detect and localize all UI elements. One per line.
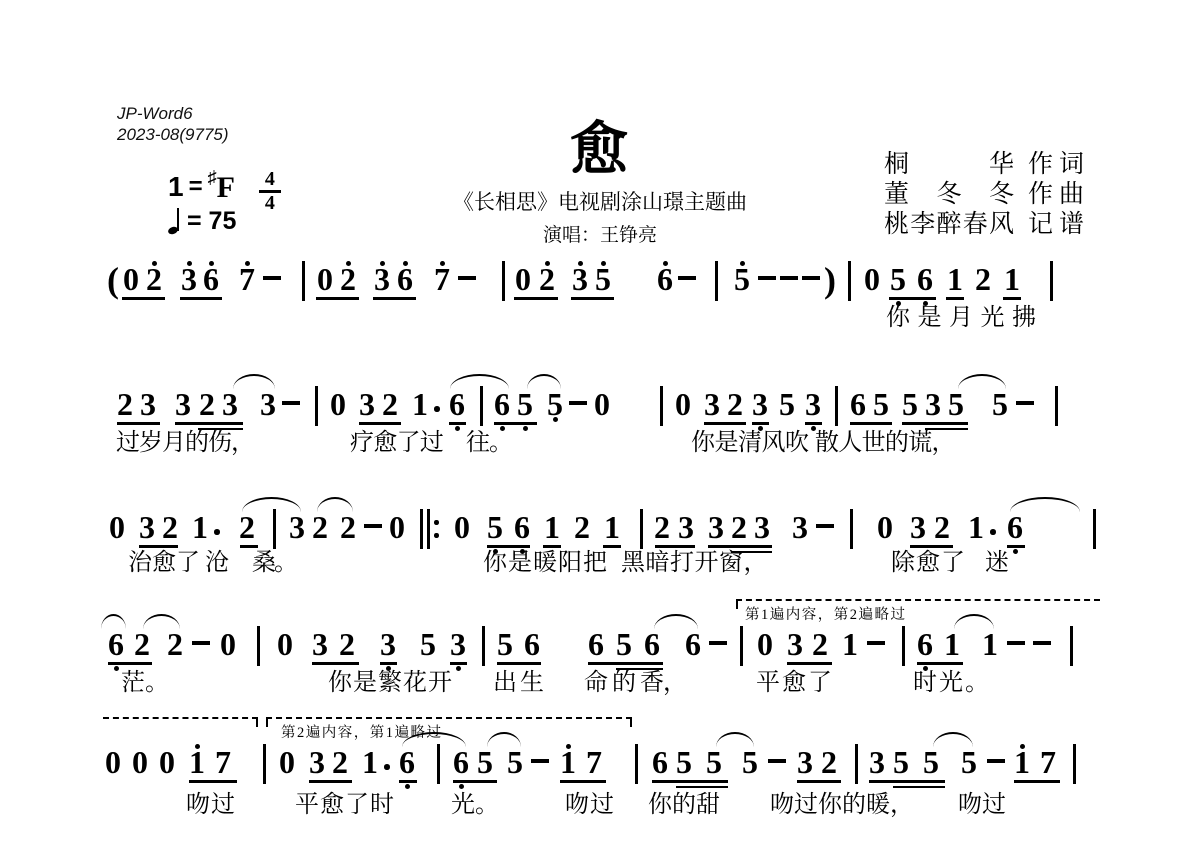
beam [399,780,417,783]
note-digit: 5 [507,746,523,778]
beam [514,297,558,300]
lyric-char: 香 [640,670,664,696]
repeat-bar [420,509,423,549]
note-digit: 5 [742,746,758,778]
beam [805,422,822,425]
note-digit: 0 [454,511,470,543]
lyric-char: 甜 [696,792,720,818]
note-digit: 1 [604,511,620,543]
beam [946,297,964,300]
lyric-char: 过 [590,792,614,818]
beam [497,662,541,665]
octave-dot-high [195,744,200,749]
barline [302,261,305,301]
beam [309,780,352,783]
octave-dot-high [663,261,668,266]
note-digit: 2 [312,511,328,543]
note-digit: 6 [397,263,413,295]
lyric-char: 吻 [565,792,589,818]
lyric-char: 是 [715,430,739,456]
dash-note [780,276,798,280]
beam [449,422,466,425]
lyric-char: 。 [145,670,169,696]
octave-dot-high [245,261,250,266]
slur-arc [450,374,509,389]
note-digit: 0 [279,746,295,778]
note-digit: 0 [330,388,346,420]
augmentation-dot [990,529,996,535]
beam [494,422,537,425]
lyric-char: 吻 [958,792,982,818]
lyric-char: 月 [162,430,186,456]
note-digit: 0 [123,263,139,295]
lyric-char: 花 [403,670,427,696]
octave-dot-high [1020,744,1025,749]
note-digit: 1 [944,628,960,660]
note-digit: 0 [877,511,893,543]
beam [850,422,892,425]
note-digit: 0 [105,746,121,778]
note-digit: 0 [159,746,175,778]
octave-dot-high [380,261,385,266]
octave-dot-high [578,261,583,266]
volta-tick [266,717,268,727]
lyric-char: 除 [891,550,915,576]
beam [450,662,467,665]
volta-label: 第1遍内容，第2遍略过 [745,603,907,624]
note-digit: 6 [657,263,673,295]
beam [787,662,832,665]
note-digit: 3 [380,628,396,660]
parenthesis: ( [107,263,119,297]
slur-arc [233,374,275,389]
repeat-dot [434,520,439,525]
note-digit: 3 [754,511,770,543]
dash-note [816,524,834,528]
note-digit: 1 [412,388,428,420]
lyric-char: 暖 [533,550,557,576]
beam [175,422,243,425]
beam [312,662,359,665]
note-digit: 1 [982,628,998,660]
octave-dot-high [209,261,214,266]
note-digit: 3 [450,628,466,660]
note-digit: 5 [497,628,513,660]
lyric-char: 。 [475,792,499,818]
octave-dot-low [553,417,558,422]
lyric-char: 开 [428,670,452,696]
lyric-char: 命 [584,670,608,696]
note-digit: 6 [588,628,604,660]
octave-dot-high [152,261,157,266]
slur-arc [527,374,561,389]
note-digit: 5 [961,746,977,778]
lyric-char: 人 [838,430,862,456]
note-digit: 2 [239,511,255,543]
lyric-char: 你 [483,550,507,576]
note-digit: 0 [594,388,610,420]
note-digit: 5 [547,388,563,420]
note-digit: 0 [389,511,405,543]
barline [273,509,276,549]
lyric-char: ， [663,670,687,696]
note-digit: 0 [109,511,125,543]
note-digit: 3 [792,511,808,543]
lyric-char: 的 [842,792,866,818]
note-digit: 3 [374,263,390,295]
lyric-char: 散 [815,430,839,456]
beam [1014,780,1060,783]
beam [117,422,160,425]
lyric-char: 。 [965,670,989,696]
note-digit: 5 [595,263,611,295]
beam [704,422,746,425]
note-digit: 3 [140,388,156,420]
note-digit: 7 [434,263,450,295]
augmentation-dot [434,406,440,412]
beam [240,545,258,548]
lyric-char: 愈 [782,670,806,696]
lyric-char: 岁 [139,430,163,456]
note-digit: 3 [797,746,813,778]
note-digit: 1 [842,628,858,660]
note-digit: 2 [134,628,150,660]
lyric-char: 愈 [320,792,344,818]
barline [480,386,483,426]
note-digit: 2 [975,263,991,295]
lyric-char: 平 [295,792,319,818]
beam [316,297,359,300]
note-digit: 3 [910,511,926,543]
volta-dashed-line [266,717,632,719]
note-digit: 6 [494,388,510,420]
beam [543,545,561,548]
barline [855,744,858,784]
octave-dot-high [566,744,571,749]
lyric-char: 开 [695,550,719,576]
note-digit: 6 [644,628,660,660]
lyric-char: 是 [918,305,942,331]
lyric-char: 时 [370,792,394,818]
lyric-char: 生 [520,670,544,696]
dash-note [263,276,281,280]
note-digit: 2 [812,628,828,660]
note-digit: 3 [572,263,588,295]
note-digit: 3 [359,388,375,420]
note-digit: 7 [586,746,602,778]
lyric-char: 把 [583,550,607,576]
lyric-char: 光 [939,670,963,696]
sheet-music-page: JP-Word6 2023-08(9775) 愈 《长相思》电视剧涂山璟主题曲 … [0,0,1200,850]
octave-dot-low [455,426,460,431]
note-digit: 1 [1014,746,1030,778]
beam [139,545,178,548]
note-digit: 0 [220,628,236,660]
note-digit: 3 [869,746,885,778]
beam [359,422,401,425]
slur-arc [101,614,126,629]
beam [373,297,416,300]
beam [652,780,728,783]
note-digit: 1 [947,263,963,295]
note-digit: 3 [175,388,191,420]
octave-dot-low [114,666,119,671]
note-digit: 2 [382,388,398,420]
lyric-char: 光 [451,792,475,818]
dash-note [987,759,1005,763]
note-digit: 5 [676,746,692,778]
lyric-char: 迷 [985,550,1009,576]
dash-note [709,641,727,645]
beam [889,297,936,300]
beam [453,780,497,783]
octave-dot-low [405,784,410,789]
note-digit: 2 [199,388,215,420]
augmentation-dot [214,529,220,535]
lyric-char: 治 [128,550,152,576]
beam [910,545,953,548]
lyric-char: 了 [345,792,369,818]
slur-arc [654,614,698,629]
note-digit: 2 [574,511,590,543]
slur-arc [958,374,1006,389]
note-digit: 7 [215,746,231,778]
beam [122,297,165,300]
beam [869,780,945,783]
note-digit: 5 [477,746,493,778]
note-digit: 2 [146,263,162,295]
lyric-char: 窗 [719,550,743,576]
volta-dashed-line [103,717,258,719]
note-digit: 3 [260,388,276,420]
volta-tick [256,717,258,727]
barline [835,386,838,426]
lyric-char: 疗 [350,430,374,456]
note-digit: 6 [524,628,540,660]
barline [715,261,718,301]
lyric-char: 吻 [770,792,794,818]
beam [708,545,772,548]
barline [902,626,905,666]
slur-arc [242,497,301,512]
barline [1093,509,1096,549]
beam [797,780,841,783]
lyric-char: 阳 [558,550,582,576]
lyric-char: 繁 [378,670,402,696]
lyric-char: 平 [756,670,780,696]
note-digit: 6 [685,628,701,660]
lyric-char: 暗 [646,550,670,576]
lyric-char: 你 [818,792,842,818]
dash-note [1016,401,1034,405]
note-digit: 7 [1040,746,1056,778]
note-digit: 5 [616,628,632,660]
lyric-char: 的 [612,670,636,696]
beam [380,662,397,665]
slur-arc [954,614,994,629]
lyric-char: 伤 [208,430,232,456]
lyric-char: 世 [862,430,886,456]
score-canvas: (0236702367023565)056121你是月光拂23323303216… [0,0,1200,850]
lyric-char: ， [932,430,956,456]
dash-note [569,401,587,405]
note-digit: 3 [805,388,821,420]
note-digit: 5 [948,388,964,420]
note-digit: 6 [652,746,668,778]
lyric-char: 你 [328,670,352,696]
augmentation-dot [384,764,390,770]
note-digit: 0 [132,746,148,778]
dash-note [1007,641,1025,645]
barline [1070,626,1073,666]
lyric-char: 的 [672,792,696,818]
note-digit: 3 [312,628,328,660]
octave-dot-high [545,261,550,266]
octave-dot-low [1013,549,1018,554]
barline [1073,744,1076,784]
lyric-char: 过 [982,792,1006,818]
lyric-char: 打 [670,550,694,576]
note-digit: 2 [167,628,183,660]
octave-dot-high [601,261,606,266]
beam [189,780,237,783]
lyric-char: 出 [493,670,517,696]
note-digit: 3 [678,511,694,543]
note-digit: 5 [873,388,889,420]
note-digit: 5 [734,263,750,295]
lyric-char: 暖 [866,792,890,818]
note-digit: 0 [515,263,531,295]
note-digit: 0 [317,263,333,295]
barline [640,509,643,549]
barline [850,509,853,549]
note-digit: 6 [453,746,469,778]
note-digit: 2 [339,628,355,660]
lyric-char: 光 [981,305,1005,331]
lyric-char: 过 [420,430,444,456]
lyric-char: ， [231,430,255,456]
dash-note [758,276,776,280]
note-digit: 2 [934,511,950,543]
barline [502,261,505,301]
lyric-char: 黑 [621,550,645,576]
beam [180,297,222,300]
note-digit: 5 [517,388,533,420]
beam [487,545,530,548]
octave-dot-low [456,666,461,671]
lyric-char: 过 [211,792,235,818]
lyric-char: 是 [508,550,532,576]
note-digit: 3 [181,263,197,295]
note-digit: 2 [162,511,178,543]
note-digit: 3 [925,388,941,420]
barline [263,744,266,784]
barline [1050,261,1053,301]
lyric-char: 了 [397,430,421,456]
note-digit: 3 [752,388,768,420]
note-digit: 6 [399,746,415,778]
lyric-char: 了 [808,670,832,696]
lyric-char: ， [744,550,768,576]
note-digit: 6 [108,628,124,660]
note-digit: 7 [239,263,255,295]
lyric-char: 茫 [121,670,145,696]
note-digit: 5 [893,746,909,778]
lyric-char: 的 [885,430,909,456]
beam [893,786,945,789]
note-digit: 5 [890,263,906,295]
note-digit: 2 [117,388,133,420]
dash-note [802,276,820,280]
dash-note [1033,641,1051,645]
dash-note [282,401,300,405]
lyric-char: 。 [274,550,298,576]
repeat-dot [434,533,439,538]
slur-arc [487,732,521,747]
lyric-char: 你 [691,430,715,456]
beam [1007,545,1025,548]
note-digit: 1 [968,511,984,543]
lyric-char: 过 [794,792,818,818]
lyric-char: 往 [466,430,490,456]
volta-tick [736,599,738,609]
note-digit: 3 [708,511,724,543]
note-digit: 6 [203,263,219,295]
parenthesis: ) [824,263,836,297]
lyric-char: 是 [353,670,377,696]
lyric-char: 吹 [785,430,809,456]
note-digit: 5 [992,388,1008,420]
note-digit: 0 [675,388,691,420]
dash-note [458,276,476,280]
volta-tick [630,717,632,727]
note-digit: 5 [487,511,503,543]
repeat-bar [427,509,430,549]
beam [560,780,606,783]
lyric-char: 了 [941,550,965,576]
lyric-char: 沧 [205,550,229,576]
note-digit: 0 [864,263,880,295]
octave-dot-high [346,261,351,266]
note-digit: 1 [189,746,205,778]
barline [1055,386,1058,426]
note-digit: 1 [1004,263,1020,295]
volta-label: 第2遍内容，第1遍略过 [281,721,443,742]
slur-arc [317,497,353,512]
beam [902,422,968,425]
note-digit: 6 [917,628,933,660]
slur-arc [1010,497,1080,512]
barline [660,386,663,426]
lyric-char: 愈 [916,550,940,576]
note-digit: 2 [340,263,356,295]
dash-note [768,759,786,763]
note-digit: 5 [706,746,722,778]
note-digit: 0 [277,628,293,660]
note-digit: 6 [917,263,933,295]
lyric-char: 桑 [252,550,276,576]
lyric-char: 清 [738,430,762,456]
note-digit: 6 [514,511,530,543]
octave-dot-high [740,261,745,266]
beam [108,662,152,665]
note-digit: 3 [787,628,803,660]
barline [482,626,485,666]
barline [257,626,260,666]
lyric-char: 你 [648,792,672,818]
lyric-char: 过 [116,430,140,456]
note-digit: 3 [289,511,305,543]
